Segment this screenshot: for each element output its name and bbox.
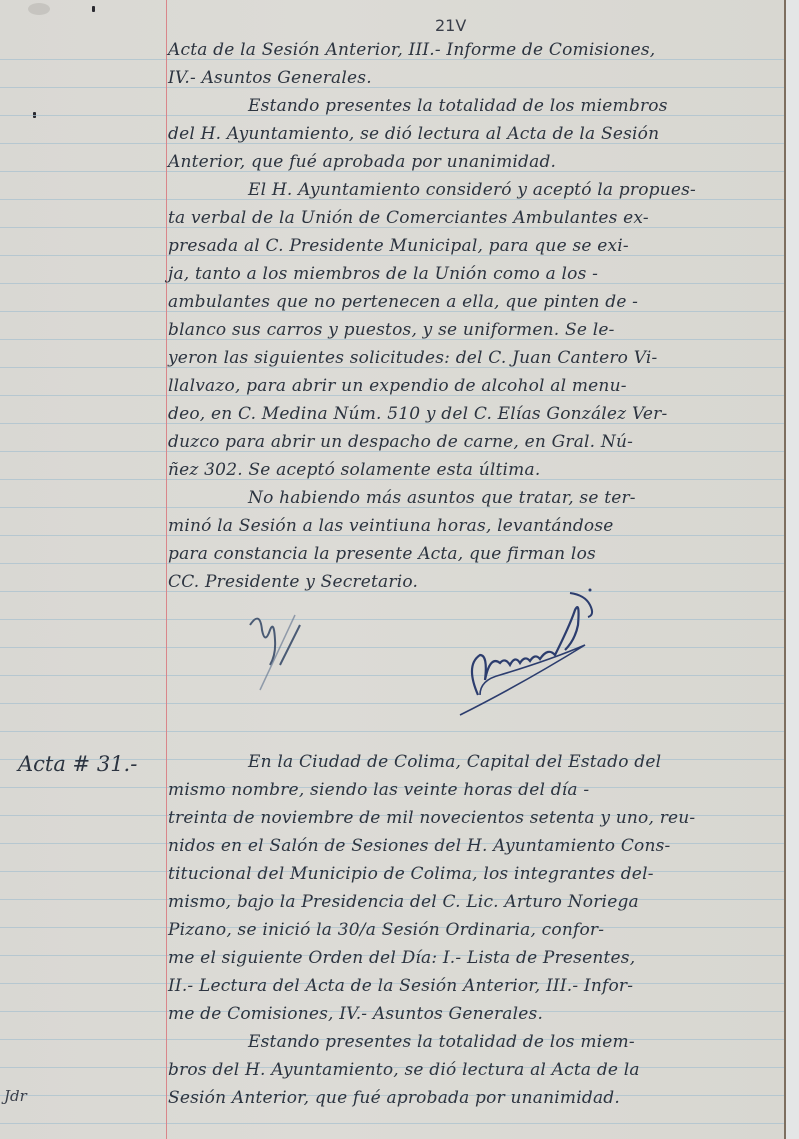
text-line: yeron las siguientes solicitudes: del C.… — [168, 348, 778, 368]
text-line: llalvazo, para abrir un expendio de alco… — [168, 376, 778, 396]
text-line: para constancia la presente Acta, que fi… — [168, 544, 778, 564]
text-line: deo, en C. Medina Núm. 510 y del C. Elía… — [168, 404, 778, 424]
text-line: mismo nombre, siendo las veinte horas de… — [168, 780, 778, 800]
text-line: me de Comisiones, IV.- Asuntos Generales… — [168, 1004, 778, 1024]
adjacent-page-edge — [786, 0, 799, 1139]
text-line: IV.- Asuntos Generales. — [168, 68, 778, 88]
smudge — [28, 3, 50, 15]
text-line: blanco sus carros y puestos, y se unifor… — [168, 320, 778, 340]
text-line: nidos en el Salón de Sesiones del H. Ayu… — [168, 836, 778, 856]
text-line: presada al C. Presidente Municipal, para… — [168, 236, 778, 256]
text-line: del H. Ayuntamiento, se dió lectura al A… — [168, 124, 778, 144]
ruled-line — [0, 619, 784, 620]
text-line: treinta de noviembre de mil novecientos … — [168, 808, 778, 828]
text-line: II.- Lectura del Acta de la Sesión Anter… — [168, 976, 778, 996]
ruled-line — [0, 1123, 784, 1124]
text-line: mismo, bajo la Presidencia del C. Lic. A… — [168, 892, 778, 912]
text-line: No habiendo más asuntos que tratar, se t… — [168, 488, 799, 508]
ruled-line — [0, 675, 784, 676]
president-signature — [240, 605, 340, 705]
page-number: 21V — [435, 16, 466, 35]
text-line: ja, tanto a los miembros de la Unión com… — [168, 264, 778, 284]
ruled-line — [0, 647, 784, 648]
text-line: El H. Ayuntamiento consideró y aceptó la… — [168, 180, 799, 200]
margin-initials: Jdr — [4, 1087, 27, 1105]
text-line: ñez 302. Se aceptó solamente esta última… — [168, 460, 778, 480]
ruled-line — [0, 731, 784, 732]
text-line: me el siguiente Orden del Día: I.- Lista… — [168, 948, 778, 968]
text-line: Pizano, se inició la 30/a Sesión Ordinar… — [168, 920, 778, 940]
acta-number-label: Acta # 31.- — [18, 752, 137, 776]
text-line: Estando presentes la totalidad de los mi… — [168, 96, 799, 116]
text-line: ambulantes que no pertenecen a ella, que… — [168, 292, 778, 312]
text-line: duzco para abrir un despacho de carne, e… — [168, 432, 778, 452]
text-line: bros del H. Ayuntamiento, se dió lectura… — [168, 1060, 778, 1080]
text-line: Acta de la Sesión Anterior, III.- Inform… — [168, 40, 778, 60]
text-line: Estando presentes la totalidad de los mi… — [168, 1032, 799, 1052]
ledger-page: 21V Acta de la Sesión Anterior, III.- In… — [0, 0, 786, 1139]
text-line: minó la Sesión a las veintiuna horas, le… — [168, 516, 778, 536]
ruled-line — [0, 703, 784, 704]
text-line: Sesión Anterior, que fué aprobada por un… — [168, 1088, 778, 1108]
text-line: ta verbal de la Unión de Comerciantes Am… — [168, 208, 778, 228]
text-line: titucional del Municipio de Colima, los … — [168, 864, 778, 884]
text-line: Anterior, que fué aprobada por unanimida… — [168, 152, 778, 172]
text-line: En la Ciudad de Colima, Capital del Esta… — [168, 752, 799, 772]
margin-line — [166, 0, 167, 1139]
ink-mark — [92, 6, 95, 12]
secretary-signature — [420, 585, 610, 725]
